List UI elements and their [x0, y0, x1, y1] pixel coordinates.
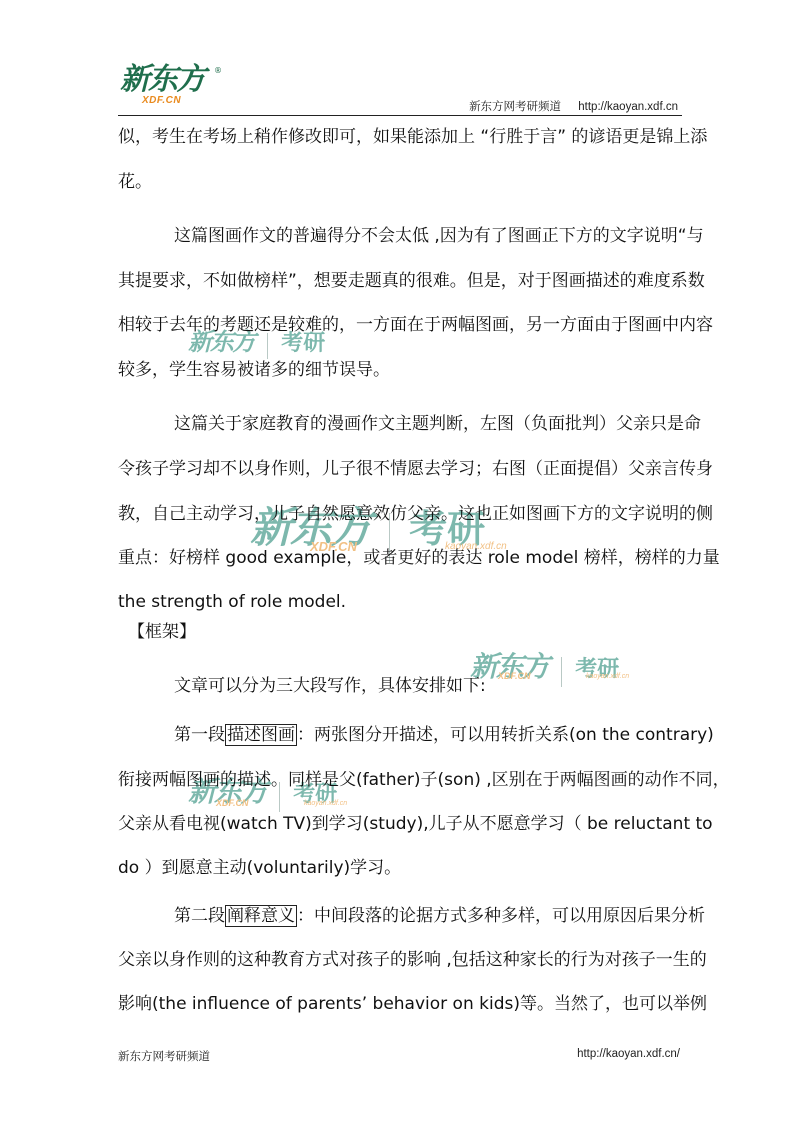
text-line: 影响(the influence of parents’ behavior on… — [118, 994, 707, 1014]
para1-rest: ：两张图分开描述，可以用转折关系(on the contrary) — [297, 725, 714, 745]
para1-first-line: 第一段描述图画：两张图分开描述，可以用转折关系(on the contrary) — [174, 725, 714, 745]
para1-prefix: 第一段 — [174, 725, 225, 745]
footer-site-url[interactable]: http://kaoyan.xdf.cn/ — [577, 1048, 680, 1060]
text-line: 花。 — [118, 172, 152, 192]
text-line: 衔接两幅图画的描述。同样是父(father)子(son) ,区别在于两幅图画的动… — [118, 770, 730, 790]
text-line: 这篇关于家庭教育的漫画作文主题判断，左图（负面批判）父亲只是命 — [174, 414, 701, 434]
text-line: do ）到愿意主动(voluntarily)学习。 — [118, 858, 401, 878]
text-line: 令孩子学习却不以身作则，儿子很不情愿去学习；右图（正面提倡）父亲言传身 — [118, 459, 713, 479]
text-line: 教，自己主动学习，儿子自然愿意效仿父亲。这也正如图画下方的文字说明的侧 — [118, 504, 713, 524]
text-line: the strength of role model. — [118, 592, 346, 612]
text-line: 相较于去年的考题还是较难的，一方面在于两幅图画，另一方面由于图画中内容 — [118, 315, 713, 335]
text-line: 其提要求，不如做榜样”，想要走题真的很难。但是，对于图画描述的难度系数 — [118, 271, 705, 291]
text-line: 父亲以身作则的这种教育方式对孩子的影响 ,包括这种家长的行为对孩子一生的 — [118, 950, 707, 970]
para2-rest: ：中间段落的论据方式多种多样，可以用原因后果分析 — [297, 906, 705, 926]
section-heading: 【框架】 — [128, 622, 196, 642]
para2-prefix: 第二段 — [174, 906, 225, 926]
para1-boxed-keyword: 描述图画 — [225, 724, 297, 746]
para2-first-line: 第二段阐释意义：中间段落的论据方式多种多样，可以用原因后果分析 — [174, 906, 705, 926]
text-line: 这篇图画作文的普遍得分不会太低 ,因为有了图画正下方的文字说明“与 — [174, 226, 704, 246]
text-line: 较多，学生容易被诸多的细节误导。 — [118, 360, 390, 380]
text-line: 父亲从看电视(watch TV)到学习(study),儿子从不愿意学习（ be … — [118, 814, 713, 834]
text-line: 文章可以分为三大段写作，具体安排如下: — [174, 676, 486, 696]
para2-boxed-keyword: 阐释意义 — [225, 905, 297, 927]
text-line: 似，考生在考场上稍作修改即可，如果能添加上 “行胜于言” 的谚语更是锦上添 — [118, 127, 707, 147]
text-line: 重点：好榜样 good example，或者更好的表达 role model 榜… — [118, 548, 720, 568]
document-body: 似，考生在考场上稍作修改即可，如果能添加上 “行胜于言” 的谚语更是锦上添 花。… — [118, 0, 682, 1131]
footer-site-name: 新东方网考研频道 — [118, 1048, 210, 1064]
